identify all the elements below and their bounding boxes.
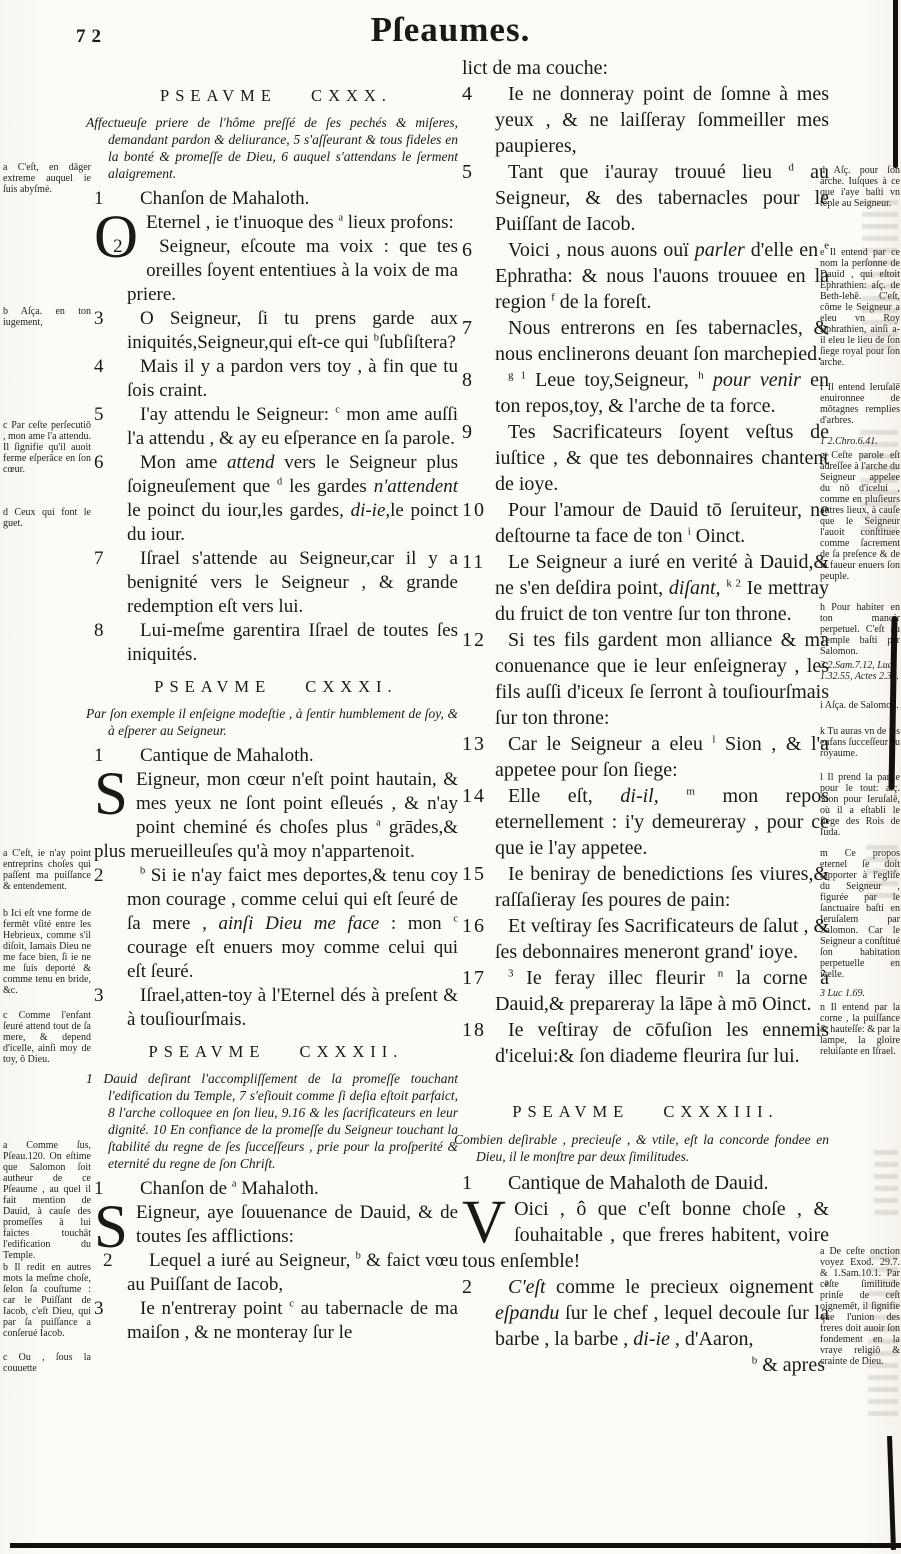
- drop-cap: S: [94, 768, 136, 818]
- psalm-heading: PSEAVME CXXXI.: [94, 675, 458, 699]
- margin-note: b Ici eſt vne forme de fermēt vſité entr…: [3, 908, 91, 996]
- margin-note: i Aſça. de Salomon.: [820, 700, 900, 711]
- verse-text: Eternel , ie t'inuoque des a lieux profo…: [146, 212, 454, 233]
- psalm-section: PSEAVME CXXXII.1 Dauid deſirant l'accomp…: [94, 1040, 458, 1345]
- verse-text: g 1 Leue toy,Seigneur, h pour venir en t…: [495, 369, 829, 417]
- verse-text: Pour l'amour de Dauid tō ſeruiteur, ne d…: [495, 499, 829, 547]
- scanned-book-page: 72 Pſeaumes. PSEAVME CXXX.Affectueuſe pr…: [0, 0, 901, 1554]
- psalm-verse: VOici , ô que c'eſt bonne choſe , & ſouh…: [462, 1196, 829, 1274]
- verse-text: I'ay attendu le Seigneur: c mon ame auſſ…: [127, 404, 458, 449]
- psalm-caption: 1Chanſon de a Mahaloth.: [94, 1177, 458, 1201]
- psalm-verse: 11Le Seigneur a iuré en verité à Dauid,&…: [462, 549, 829, 627]
- psalm-section: lict de ma couche:4Ie ne donneray point …: [462, 55, 829, 1069]
- verse-number: 11: [462, 549, 508, 575]
- verse-text: Ie beniray de benedictions ſes viures,& …: [495, 863, 829, 911]
- page-edge-line-top: [893, 0, 898, 168]
- verse-number: 7: [462, 315, 508, 341]
- psalm-section: PSEAVME CXXX.Affectueuſe priere de l'hôm…: [94, 84, 458, 667]
- verse-text: Cantique de Mahaloth de Dauid.: [508, 1172, 769, 1194]
- margin-note: c Comme l'enfant ſeuré attend tout de ſa…: [3, 1010, 91, 1065]
- bottom-rule: [10, 1543, 901, 1548]
- ink-bleedthrough: [866, 845, 898, 905]
- psalm-verse: 3O Seigneur, ſi tu prens garde aux iniqu…: [94, 307, 458, 355]
- margin-note: b Il redit en autres mots la meſme choſe…: [3, 1262, 91, 1339]
- margin-note: a C'eſt, ie n'ay point entreprins choſes…: [3, 848, 91, 892]
- psalm-argument: 1 Dauid deſirant l'accompliſſement de la…: [86, 1070, 458, 1172]
- psalm-verse: OEternel , ie t'inuoque des a lieux prof…: [94, 211, 458, 235]
- psalm-verse: 12Si tes fils gardent mon alliance & ma …: [462, 627, 829, 731]
- psalm-verse: 16Et veſtiray ſes Sacrificateurs de ſalu…: [462, 913, 829, 965]
- verse-number: 14: [462, 783, 508, 809]
- verse-text: Iſrael,atten-toy à l'Eternel dés à preſe…: [127, 985, 458, 1030]
- note-marker: k 2: [726, 577, 741, 589]
- verse-number: 5: [94, 403, 140, 427]
- verse-text: Eigneur, mon cœur n'eſt point hautain, &…: [94, 769, 458, 862]
- left-margin-notes: a C'eſt, en dāger extreme auquel ie ſuis…: [3, 0, 91, 1554]
- psalm-verse: 5Tant que i'auray trouué lieu d au Seign…: [462, 159, 829, 237]
- verse-number: 12: [462, 627, 508, 653]
- margin-note: b Aſça. en ton iugement,: [3, 306, 91, 328]
- psalm-verse: 8g 1 Leue toy,Seigneur, h pour venir en …: [462, 367, 829, 419]
- psalm-verse: 9Tes Sacrificateurs ſoyent veſtus de iuſ…: [462, 419, 829, 497]
- psalm-verse: 4Ie ne donneray point de ſomne à mes yeu…: [462, 81, 829, 159]
- margin-note: a C'eſt, en dāger extreme auquel ie ſuis…: [3, 162, 91, 195]
- verse-text: Lequel a iuré au Seigneur, b & faict vœu…: [127, 1250, 458, 1295]
- verse-number: 8: [94, 619, 140, 643]
- verse-text: 3 Ie feray illec fleurir n la corne à Da…: [495, 967, 829, 1015]
- verse-text: O Seigneur, ſi tu prens garde aux iniqui…: [127, 308, 458, 353]
- psalm-verse: 7Nous entrerons en ſes tabernacles, & no…: [462, 315, 829, 367]
- psalm-verse: SEigneur, mon cœur n'eſt point hautain, …: [94, 768, 458, 864]
- verse-number: 1: [94, 187, 140, 211]
- verse-number: 4: [94, 355, 140, 379]
- margin-note: d Ceux qui font le guet.: [3, 507, 91, 529]
- psalm-verse: 15Ie beniray de benedictions ſes viures,…: [462, 861, 829, 913]
- note-marker: c: [453, 914, 458, 925]
- verse-text: Ie n'entreray point c au tabernacle de m…: [127, 1298, 458, 1343]
- running-title: Pſeaumes.: [0, 10, 901, 50]
- margin-note: h Pour habiter en ton manoir perpetuel. …: [820, 602, 900, 657]
- psalm-verse: 14Elle eſt, di-il, m mon repos eternelle…: [462, 783, 829, 861]
- psalm-verse: 3Ie n'entreray point c au tabernacle de …: [94, 1297, 458, 1345]
- verse-text: Iſrael s'attende au Seigneur,car il y a …: [127, 548, 458, 617]
- verse-text: Voici , nous auons ouï parler d'elle en …: [495, 239, 829, 313]
- psalm-verse: 4Mais il y a pardon vers toy , à fin que…: [94, 355, 458, 403]
- psalm-verse: 2b Si ie n'ay faict mes deportes,& tenu …: [94, 864, 458, 984]
- psalm-verse: SEigneur, aye ſouuenance de Dauid, & de …: [94, 1201, 458, 1249]
- verse-number: 16: [462, 913, 508, 939]
- verse-number: 15: [462, 861, 508, 887]
- verse-number: 2: [113, 235, 159, 259]
- psalm-verse: 2Seigneur, eſcoute ma voix : que tes ore…: [94, 235, 458, 307]
- verse-tail: b & apres: [495, 1352, 829, 1378]
- ink-bleedthrough: [868, 1255, 898, 1420]
- verse-number: 1: [462, 1170, 508, 1196]
- psalm-caption: 1Cantique de Mahaloth de Dauid.: [462, 1170, 829, 1196]
- verse-number: 2: [94, 864, 140, 888]
- psalm-verse: 5I'ay attendu le Seigneur: c mon ame auſ…: [94, 403, 458, 451]
- ink-bleedthrough: [862, 200, 898, 350]
- verse-number: 9: [462, 419, 508, 445]
- psalm-verse: 6Voici , nous auons ouï parler d'elle en…: [462, 237, 829, 315]
- margin-note: a Comme ſus, Pſeau.120. On eſtime que Sa…: [3, 1140, 91, 1261]
- psalm-argument: Par ſon exemple il enſeigne modeſtie , à…: [86, 705, 458, 739]
- verse-text: Mon ame attend vers le Seigneur plus ſoi…: [127, 452, 458, 545]
- verse-number: 10: [462, 497, 508, 523]
- psalm-verse: 173 Ie feray illec fleurir n la corne à …: [462, 965, 829, 1017]
- margin-note: c Ou , ſous la couuette: [3, 1352, 91, 1374]
- verse-number: 3: [94, 1297, 140, 1321]
- verse-text: lict de ma couche:: [462, 57, 608, 79]
- left-text-column: PSEAVME CXXX.Affectueuſe priere de l'hôm…: [94, 76, 458, 1345]
- psalm-argument: Affectueuſe priere de l'hôme preſſé de ſ…: [86, 114, 458, 182]
- verse-number: 1: [94, 744, 140, 768]
- verse-number: 5: [462, 159, 508, 185]
- psalm-verse: 7Iſrael s'attende au Seigneur,car il y a…: [94, 547, 458, 619]
- verse-number: 3: [94, 984, 140, 1008]
- drop-cap: V: [462, 1196, 514, 1246]
- note-marker: h: [698, 369, 704, 381]
- psalm-argument: Combien deſirable , precieuſe , & vtile,…: [454, 1131, 829, 1165]
- note-marker: g 1: [508, 369, 526, 381]
- psalm-section: PSEAVME CXXXI.Par ſon exemple il enſeign…: [94, 675, 458, 1032]
- verse-text: Tes Sacrificateurs ſoyent veſtus de iuſt…: [495, 421, 829, 495]
- verse-text: C'eſt comme le precieux oignement a eſpa…: [495, 1276, 829, 1350]
- psalm-verse: 8Lui-meſme garentira Iſrael de toutes ſe…: [94, 619, 458, 667]
- verse-text: b Si ie n'ay faict mes deportes,& tenu c…: [127, 865, 458, 982]
- verse-number: 18: [462, 1017, 508, 1043]
- margin-note: k Tu auras vn de tes enfans ſucceſſeur a…: [820, 726, 900, 759]
- verse-number: 6: [94, 451, 140, 475]
- verse-text: Mais il y a pardon vers toy , à fin que …: [127, 356, 458, 401]
- note-marker: m: [686, 785, 695, 797]
- verse-number: 6: [462, 237, 508, 263]
- psalm-verse: 3Iſrael,atten-toy à l'Eternel dés à preſ…: [94, 984, 458, 1032]
- verse-text: Si tes fils gardent mon alliance & ma co…: [495, 629, 829, 729]
- verse-text: Et veſtiray ſes Sacrificateurs de ſalut …: [495, 915, 829, 963]
- verse-text: Ie ne donneray point de ſomne à mes yeux…: [495, 83, 829, 157]
- verse-number: 7: [94, 547, 140, 571]
- verse-number: 3: [94, 307, 140, 331]
- verse-text: Nous entrerons en ſes tabernacles, & nou…: [495, 317, 829, 365]
- psalm-caption: 1Chanſon de Mahaloth.: [94, 187, 458, 211]
- margin-reference: 2 2.Sam.7.12, Luc 1.32.55, Actes 2.30.: [820, 660, 900, 682]
- psalm-section: PSEAVME CXXXIII.Combien deſirable , prec…: [462, 1099, 829, 1378]
- margin-note: n Il entend par la corne , la puiſſance …: [820, 1002, 900, 1057]
- margin-reference: 3 Luc 1.69.: [820, 988, 900, 999]
- psalm-verse: 18Ie veſtiray de cōfuſion les ennemis d'…: [462, 1017, 829, 1069]
- ink-bleedthrough: [860, 430, 898, 530]
- psalm-caption: 1Cantique de Mahaloth.: [94, 744, 458, 768]
- verse-text: Le Seigneur a iuré en verité à Dauid,& n…: [495, 551, 829, 625]
- verse-number: 17: [462, 965, 508, 991]
- verse-number: 4: [462, 81, 508, 107]
- verse-text: Chanſon de Mahaloth.: [140, 188, 309, 209]
- right-text-column: lict de ma couche:4Ie ne donneray point …: [462, 55, 829, 1378]
- margin-note: f Il entend Ieruſalē enuironnee de mōtag…: [820, 382, 900, 426]
- psalm-verse: 6Mon ame attend vers le Seigneur plus ſo…: [94, 451, 458, 547]
- verse-number: 13: [462, 731, 508, 757]
- verse-text: Eigneur, aye ſouuenance de Dauid, & de t…: [136, 1202, 458, 1247]
- verse-text: Cantique de Mahaloth.: [140, 745, 314, 766]
- verse-text: Lui-meſme garentira Iſrael de toutes ſes…: [127, 620, 458, 665]
- psalm-verse: 2C'eſt comme le precieux oignement a eſp…: [462, 1274, 829, 1378]
- verse-text: Chanſon de a Mahaloth.: [140, 1178, 319, 1199]
- psalm-verse: 13Car le Seigneur a eleu l Sion , & l'a …: [462, 731, 829, 783]
- verse-number: 1: [94, 1177, 140, 1201]
- ink-bleedthrough: [874, 1150, 898, 1220]
- drop-cap: S: [94, 1201, 136, 1251]
- psalm-heading: PSEAVME CXXX.: [94, 84, 458, 108]
- verse-text: Car le Seigneur a eleu l Sion , & l'a ap…: [495, 733, 829, 781]
- verse-text: Seigneur, eſcoute ma voix : que tes orei…: [127, 236, 458, 305]
- verse-text: Elle eſt, di-il, m mon repos eternelleme…: [495, 785, 829, 859]
- verse-text: Oici , ô que c'eſt bonne choſe , & ſouha…: [462, 1198, 829, 1272]
- psalm-verse: 2Lequel a iuré au Seigneur, b & faict vœ…: [94, 1249, 458, 1297]
- verse-text: Ie veſtiray de cōfuſion les ennemis d'ic…: [495, 1019, 829, 1067]
- psalm-verse: 10Pour l'amour de Dauid tō ſeruiteur, ne…: [462, 497, 829, 549]
- verse-number: 2: [103, 1249, 149, 1273]
- margin-note: c Par ceſte perſecutiō , mon ame l'a att…: [3, 420, 91, 475]
- verse-continuation: lict de ma couche:: [462, 55, 829, 81]
- psalm-heading: PSEAVME CXXXII.: [94, 1040, 458, 1064]
- verse-text: Tant que i'auray trouué lieu d au Seigne…: [495, 161, 829, 235]
- verse-number: 8: [462, 367, 508, 393]
- psalm-heading: PSEAVME CXXXIII.: [462, 1099, 829, 1125]
- verse-number: 2: [462, 1274, 508, 1300]
